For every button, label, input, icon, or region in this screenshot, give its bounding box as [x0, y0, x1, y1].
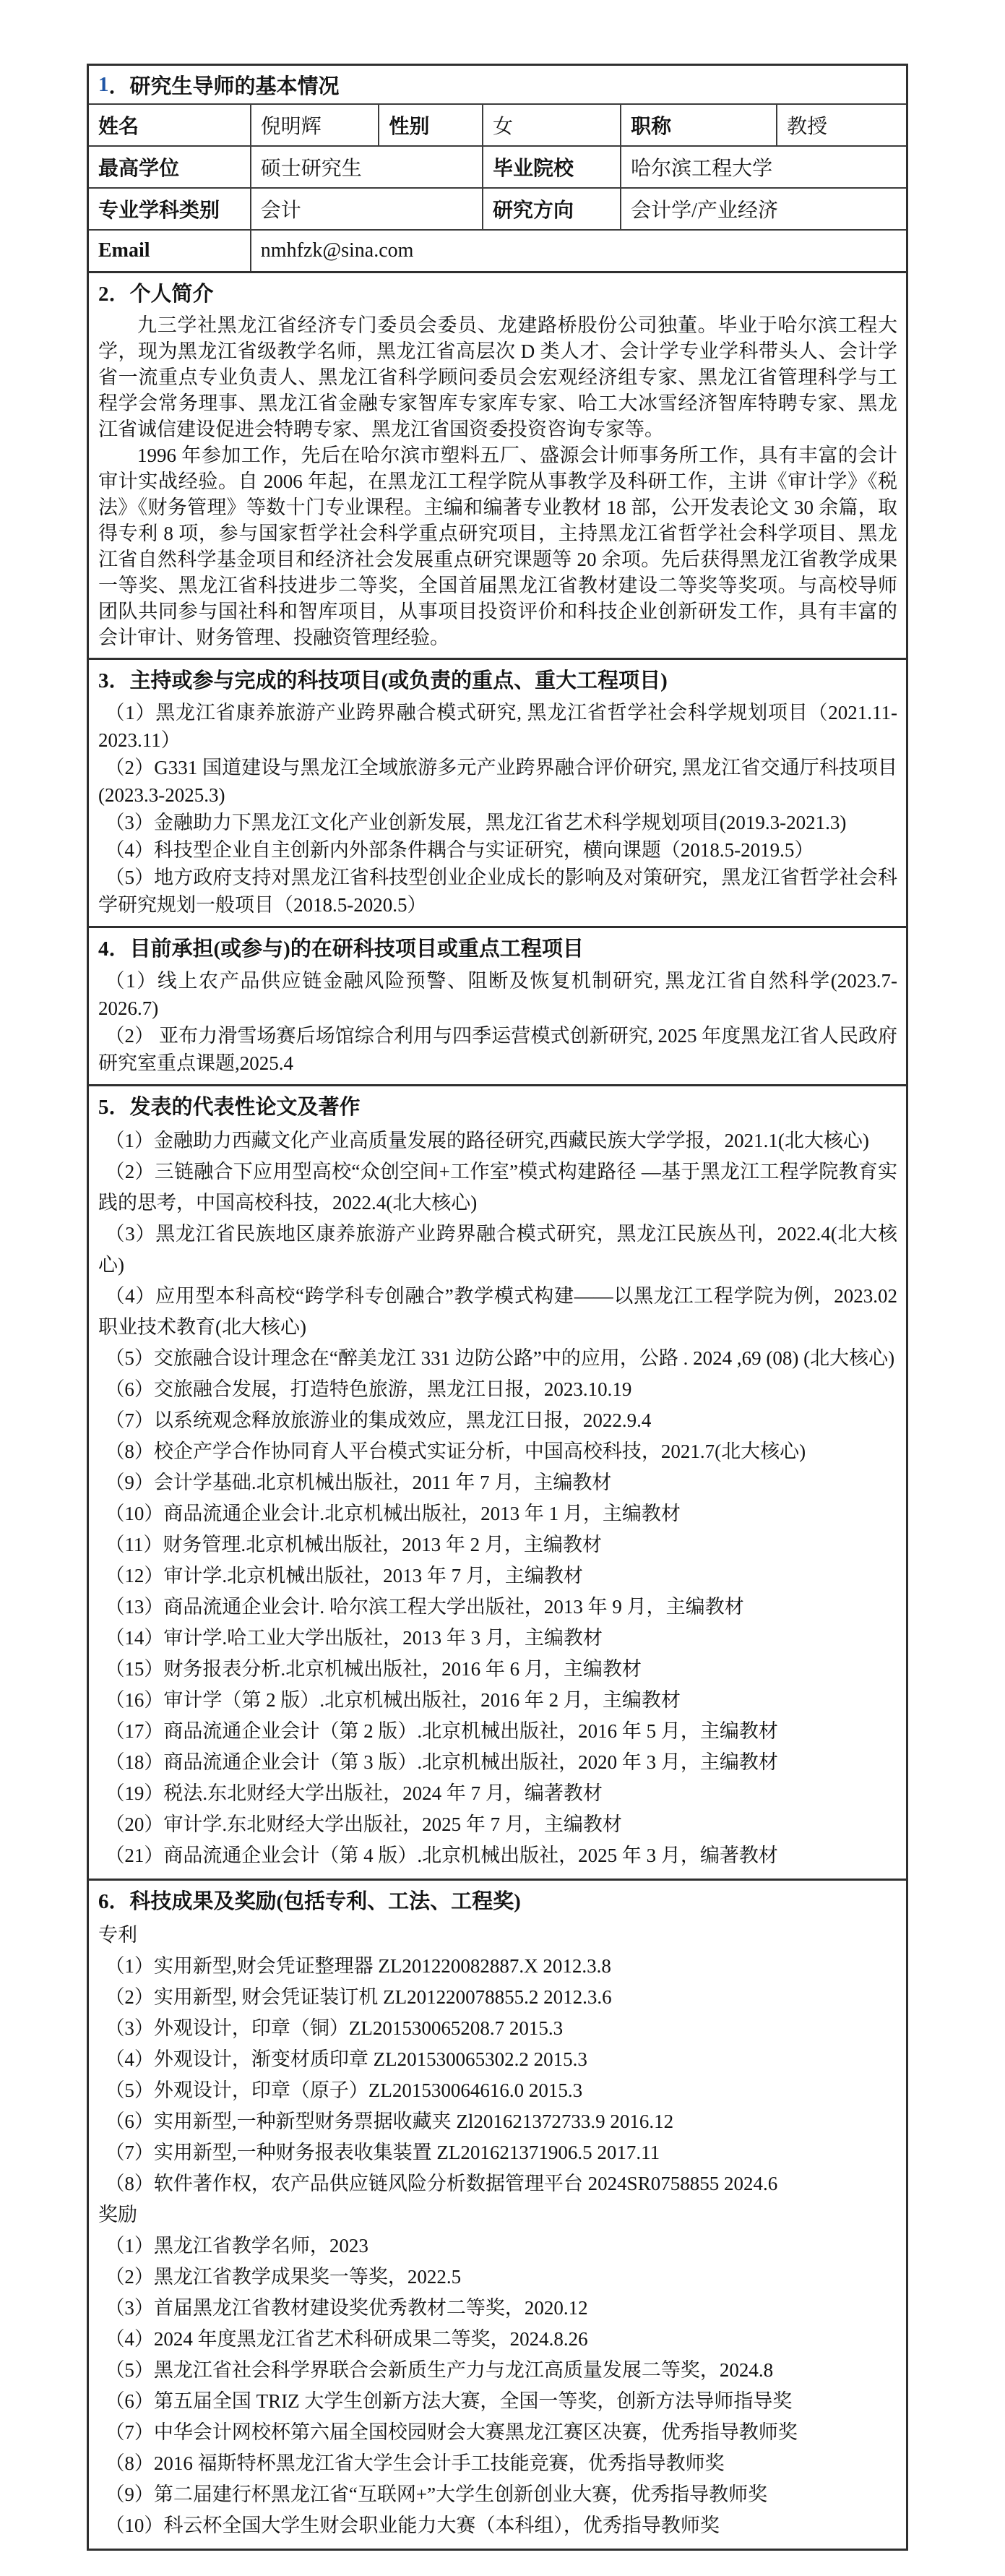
school-value: 哈尔滨工程大学: [620, 147, 906, 187]
publication-item: （12）审计学.北京机械出版社，2013 年 7 月，主编教材: [98, 1560, 897, 1592]
name-label: 姓名: [89, 105, 250, 145]
section-profile: 2．个人简介 九三学社黑龙江省经济专门委员会委员、龙建路桥股份公司独董。毕业于哈…: [89, 271, 906, 658]
patent-item: （6）实用新型,一种新型财务票据收藏夹 Zl201621372733.9 201…: [98, 2106, 897, 2137]
award-item: （4）2024 年度黑龙江省艺术科研成果二等奖，2024.8.26: [98, 2324, 897, 2355]
publication-item: （6）交旅融合发展，打造特色旅游，黑龙江日报，2023.10.19: [98, 1374, 897, 1405]
basic-info-row-email: Email nmhfzk@sina.com: [89, 229, 906, 271]
patent-item: （7）实用新型,一种财务报表收集装置 ZL201621371906.5 2017…: [98, 2137, 897, 2168]
degree-value: 硕士研究生: [250, 147, 482, 187]
school-label: 毕业院校: [482, 147, 620, 187]
section-1-title: 1．研究生导师的基本情况: [89, 66, 906, 103]
project-item: （5）地方政府支持对黑龙江省科技型创业企业成长的影响及对策研究，黑龙江省哲学社会…: [98, 864, 897, 919]
prof-title-label: 职称: [620, 105, 776, 145]
project-item: （1）黑龙江省康养旅游产业跨界融合模式研究, 黑龙江省哲学社会科学规划项目（20…: [98, 699, 897, 754]
publication-item: （20）审计学.东北财经大学出版社，2025 年 7 月，主编教材: [98, 1809, 897, 1840]
direction-label: 研究方向: [482, 189, 620, 229]
publication-item: （10）商品流通企业会计.北京机械出版社，2013 年 1 月，主编教材: [98, 1498, 897, 1529]
section-publications: 5．发表的代表性论文及著作 （1）金融助力西藏文化产业高质量发展的路径研究,西藏…: [89, 1084, 906, 1879]
publication-item: （5）交旅融合设计理念在“醉美龙江 331 边防公路”中的应用，公路 . 202…: [98, 1343, 897, 1374]
award-item: （8）2016 福斯特杯黑龙江省大学生会计手工技能竞赛，优秀指导教师奖: [98, 2448, 897, 2479]
patent-item: （5）外观设计，印章（原子）ZL201530064616.0 2015.3: [98, 2075, 897, 2106]
publication-item: （21）商品流通企业会计（第 4 版）.北京机械出版社，2025 年 3 月，编…: [98, 1840, 897, 1871]
award-item: （9）第二届建行杯黑龙江省“互联网+”大学生创新创业大赛，优秀指导教师奖: [98, 2479, 897, 2510]
publication-item: （11）财务管理.北京机械出版社，2013 年 2 月，主编教材: [98, 1529, 897, 1560]
basic-info-row-major: 专业学科类别 会计 研究方向 会计学/产业经济: [89, 187, 906, 229]
publication-item: （2）三链融合下应用型高校“众创空间+工作室”模式构建路径 —基于黑龙江工程学院…: [98, 1156, 897, 1219]
gender-label: 性别: [378, 105, 482, 145]
section-2-title: 2．个人简介: [98, 276, 897, 312]
patent-item: （1）实用新型,财会凭证整理器 ZL201220082887.X 2012.3.…: [98, 1951, 897, 1982]
section-3-title: 3．主持或参与完成的科技项目(或负责的重点、重大工程项目): [98, 663, 897, 699]
project-item: （2） 亚布力滑雪场赛后场馆综合利用与四季运营模式创新研究, 2025 年度黑龙…: [98, 1022, 897, 1077]
major-value: 会计: [250, 189, 482, 229]
publication-item: （8）校企产学合作协同育人平台模式实证分析，中国高校科技，2021.7(北大核心…: [98, 1436, 897, 1467]
publication-item: （16）审计学（第 2 版）.北京机械出版社，2016 年 2 月，主编教材: [98, 1685, 897, 1716]
direction-value: 会计学/产业经济: [620, 189, 906, 229]
publication-item: （4）应用型本科高校“跨学科专创融合”教学模式构建——以黑龙江工程学院为例，20…: [98, 1281, 897, 1343]
basic-info-row-degree: 最高学位 硕士研究生 毕业院校 哈尔滨工程大学: [89, 145, 906, 187]
section-current-projects: 4．目前承担(或参与)的在研科技项目或重点工程项目 （1）线上农产品供应链金融风…: [89, 926, 906, 1084]
award-item: （2）黑龙江省教学成果奖一等奖，2022.5: [98, 2262, 897, 2293]
section-1-number: 1: [98, 73, 109, 97]
award-item: （7）中华会计网校杯第六届全国校园财会大赛黑龙江赛区决赛，优秀指导教师奖: [98, 2417, 897, 2448]
email-label: Email: [89, 231, 250, 271]
prof-title-value: 教授: [776, 105, 906, 145]
advisor-info-table: 1．研究生导师的基本情况 姓名 倪明辉 性别 女 职称 教授 最高学位 硕士研究…: [87, 64, 908, 2551]
patent-item: （8）软件著作权，农产品供应链风险分析数据管理平台 2024SR0758855 …: [98, 2168, 897, 2199]
basic-info-row-name: 姓名 倪明辉 性别 女 职称 教授: [89, 103, 906, 145]
section-4-title: 4．目前承担(或参与)的在研科技项目或重点工程项目: [98, 931, 897, 967]
degree-label: 最高学位: [89, 147, 250, 187]
publication-item: （18）商品流通企业会计（第 3 版）.北京机械出版社，2020 年 3 月，主…: [98, 1747, 897, 1778]
awards-group-label: 奖励: [98, 2199, 897, 2231]
section-6-title: 6．科技成果及奖励(包括专利、工法、工程奖): [98, 1884, 897, 1920]
major-label: 专业学科类别: [89, 189, 250, 229]
publication-item: （13）商品流通企业会计. 哈尔滨工程大学出版社，2013 年 9 月，主编教材: [98, 1592, 897, 1623]
award-item: （5）黑龙江省社会科学界联合会新质生产力与龙江高质量发展二等奖，2024.8: [98, 2355, 897, 2386]
section-achievements: 6．科技成果及奖励(包括专利、工法、工程奖) 专利 （1）实用新型,财会凭证整理…: [89, 1879, 906, 2549]
email-value: nmhfzk@sina.com: [250, 231, 906, 271]
project-item: （4）科技型企业自主创新内外部条件耦合与实证研究，横向课题（2018.5-201…: [98, 836, 897, 864]
profile-paragraph: 1996 年参加工作，先后在哈尔滨市塑料五厂、盛源会计师事务所工作，具有丰富的会…: [98, 442, 897, 651]
award-item: （6）第五届全国 TRIZ 大学生创新方法大赛，全国一等奖，创新方法导师指导奖: [98, 2386, 897, 2417]
publication-item: （9）会计学基础.北京机械出版社，2011 年 7 月，主编教材: [98, 1467, 897, 1498]
project-item: （2）G331 国道建设与黑龙江全域旅游多元产业跨界融合评价研究, 黑龙江省交通…: [98, 754, 897, 809]
award-item: （3）首届黑龙江省教材建设奖优秀教材二等奖，2020.12: [98, 2293, 897, 2324]
publication-item: （1）金融助力西藏文化产业高质量发展的路径研究,西藏民族大学学报，2021.1(…: [98, 1125, 897, 1156]
section-5-title: 5．发表的代表性论文及著作: [98, 1089, 897, 1125]
gender-value: 女: [482, 105, 620, 145]
project-item: （3）金融助力下黑龙江文化产业创新发展，黑龙江省艺术科学规划项目(2019.3-…: [98, 809, 897, 836]
section-1-title-row: 1．研究生导师的基本情况: [89, 66, 906, 103]
publication-item: （15）财务报表分析.北京机械出版社，2016 年 6 月，主编教材: [98, 1654, 897, 1685]
patents-group-label: 专利: [98, 1920, 897, 1951]
patent-item: （4）外观设计，渐变材质印章 ZL201530065302.2 2015.3: [98, 2044, 897, 2075]
name-value: 倪明辉: [250, 105, 379, 145]
profile-paragraph: 九三学社黑龙江省经济专门委员会委员、龙建路桥股份公司独董。毕业于哈尔滨工程大学，…: [98, 312, 897, 442]
patent-item: （2）实用新型, 财会凭证装订机 ZL201220078855.2 2012.3…: [98, 1982, 897, 2013]
publication-item: （14）审计学.哈工业大学出版社，2013 年 3 月，主编教材: [98, 1623, 897, 1654]
patent-item: （3）外观设计，印章（铜）ZL201530065208.7 2015.3: [98, 2013, 897, 2044]
publication-item: （19）税法.东北财经大学出版社，2024 年 7 月，编著教材: [98, 1778, 897, 1809]
award-item: （1）黑龙江省教学名师，2023: [98, 2231, 897, 2262]
section-basic-info: 1．研究生导师的基本情况 姓名 倪明辉 性别 女 职称 教授 最高学位 硕士研究…: [89, 66, 906, 271]
award-item: （10）科云杯全国大学生财会职业能力大赛（本科组），优秀指导教师奖: [98, 2510, 897, 2541]
project-item: （1）线上农产品供应链金融风险预警、阻断及恢复机制研究, 黑龙江省自然科学(20…: [98, 967, 897, 1022]
publication-item: （17）商品流通企业会计（第 2 版）.北京机械出版社，2016 年 5 月，主…: [98, 1716, 897, 1747]
publication-item: （7）以系统观念释放旅游业的集成效应，黑龙江日报，2022.9.4: [98, 1405, 897, 1436]
section-1-title-text: ．研究生导师的基本情况: [109, 70, 340, 100]
section-completed-projects: 3．主持或参与完成的科技项目(或负责的重点、重大工程项目) （1）黑龙江省康养旅…: [89, 658, 906, 926]
publication-item: （3）黑龙江省民族地区康养旅游产业跨界融合模式研究，黑龙江民族丛刊，2022.4…: [98, 1219, 897, 1281]
